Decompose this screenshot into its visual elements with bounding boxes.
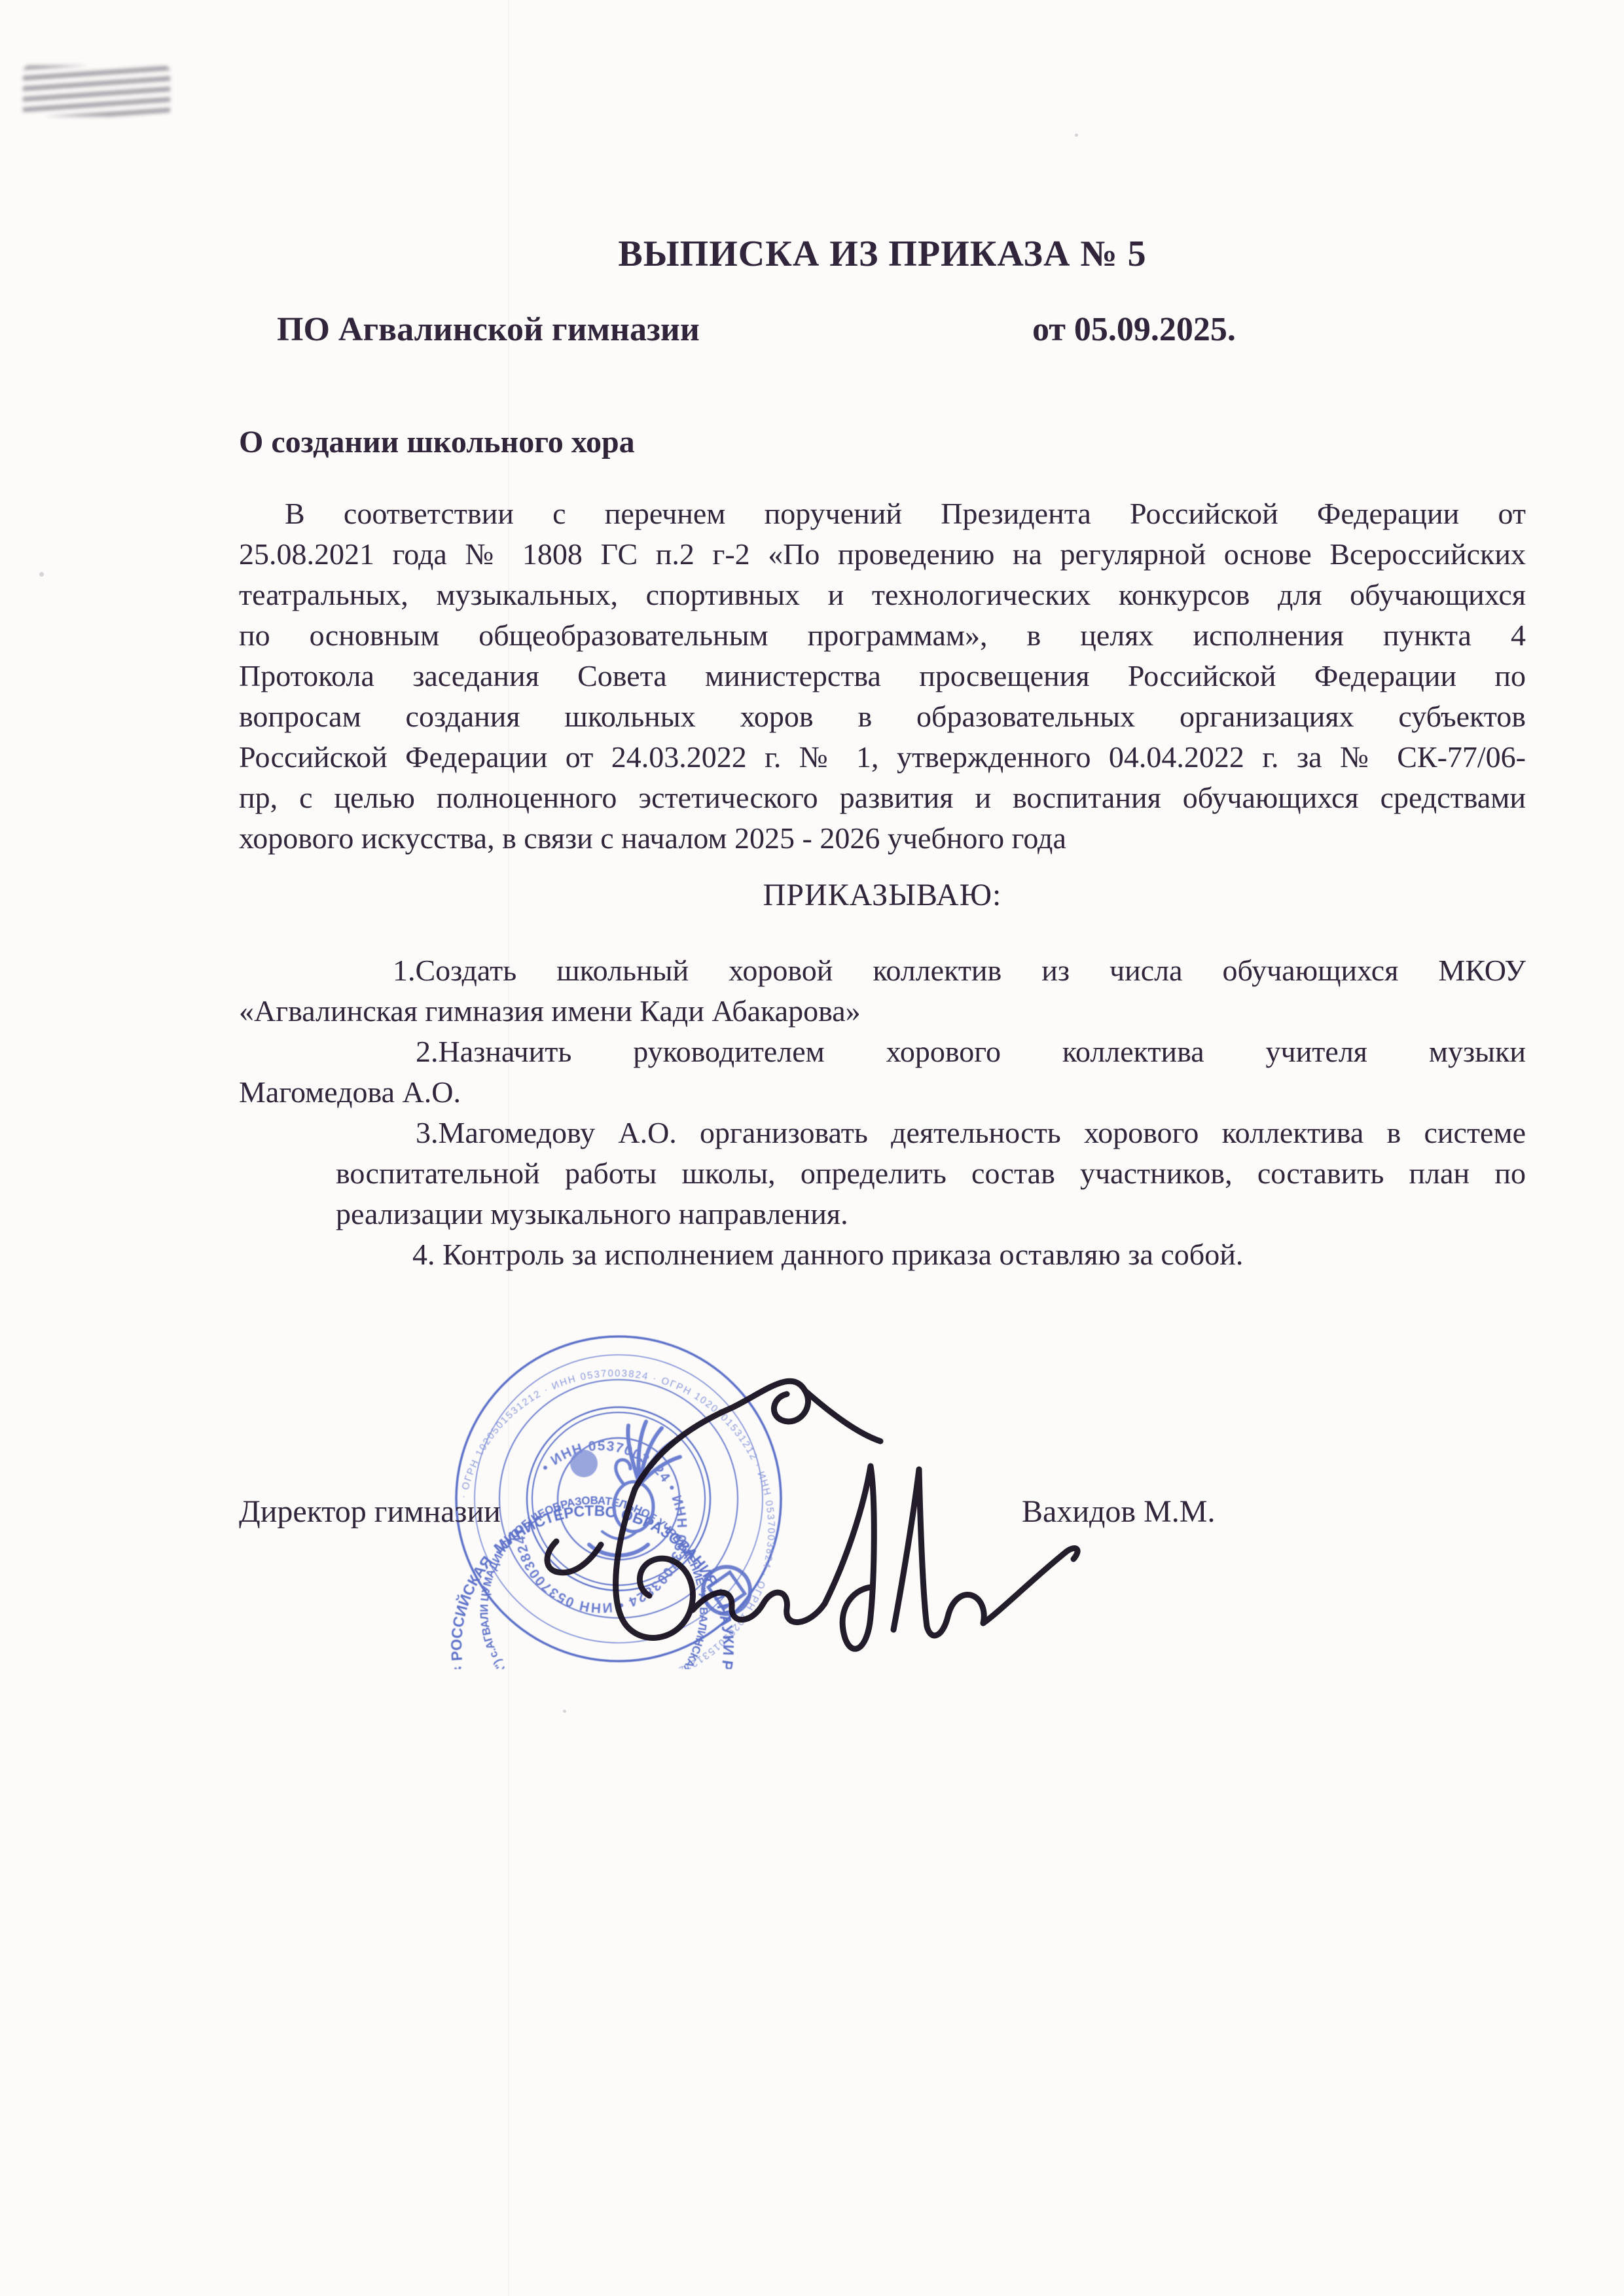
header-row: ПО Агвалинской гимназии от 05.09.2025. [239, 313, 1526, 353]
order-item-line: «Агвалинская гимназия имени Кади Абакаро… [239, 991, 1526, 1031]
preamble-line: пр, с целью полноценного эстетического р… [239, 778, 1526, 818]
order-item-line: воспитательной работы школы, определить … [239, 1153, 1526, 1194]
scanned-order-document: ВЫПИСКА ИЗ ПРИКАЗА № 5 ПО Агвалинской ги… [0, 0, 1624, 2296]
order-item-line: Магомедова А.О. [239, 1072, 1526, 1113]
scan-smudge-top-left [23, 65, 170, 117]
preamble-line: хорового искусства, в связи с началом 20… [239, 818, 1526, 859]
document-title: ВЫПИСКА ИЗ ПРИКАЗА № 5 [239, 236, 1526, 272]
subject-line: О создании школьного хора [239, 427, 635, 458]
paper-speck [1075, 134, 1078, 137]
order-items: 1.Создать школьный хоровой коллектив из … [239, 950, 1526, 1275]
preamble-line: Российской Федерации от 24.03.2022 г. № … [239, 737, 1526, 778]
order-item-line: 2.Назначить руководителем хорового колле… [239, 1031, 1526, 1072]
preamble-line: 25.08.2021 года № 1808 ГС п.2 г-2 «По пр… [239, 534, 1526, 575]
preamble-line: В соответствии с перечнем поручений През… [239, 493, 1526, 534]
preamble-paragraph: В соответствии с перечнем поручений През… [239, 493, 1526, 859]
order-item-line: реализации музыкального направления. [239, 1194, 1526, 1234]
organization-line: ПО Агвалинской гимназии [277, 313, 700, 347]
preamble-line: вопросам создания школьных хоров в образ… [239, 696, 1526, 737]
preamble-line: театральных, музыкальных, спортивных и т… [239, 575, 1526, 615]
preamble-line: по основным общеобразовательным программ… [239, 615, 1526, 656]
paper-speck [563, 1710, 566, 1713]
paper-speck [39, 572, 44, 577]
handwritten-signature [517, 1329, 1093, 1669]
preamble-line: Протокола заседания Совета министерства … [239, 656, 1526, 696]
resolution-word: ПРИКАЗЫВАЮ: [239, 880, 1526, 911]
order-item-line: 4. Контроль за исполнением данного прика… [239, 1234, 1526, 1275]
signature-ink-graphic [517, 1329, 1093, 1669]
order-item-line: 3.Магомедову А.О. организовать деятельно… [239, 1113, 1526, 1153]
signer-role: Директор гимназии [239, 1496, 501, 1528]
order-item-line: 1.Создать школьный хоровой коллектив из … [239, 950, 1526, 991]
order-date: от 05.09.2025. [1032, 313, 1236, 347]
